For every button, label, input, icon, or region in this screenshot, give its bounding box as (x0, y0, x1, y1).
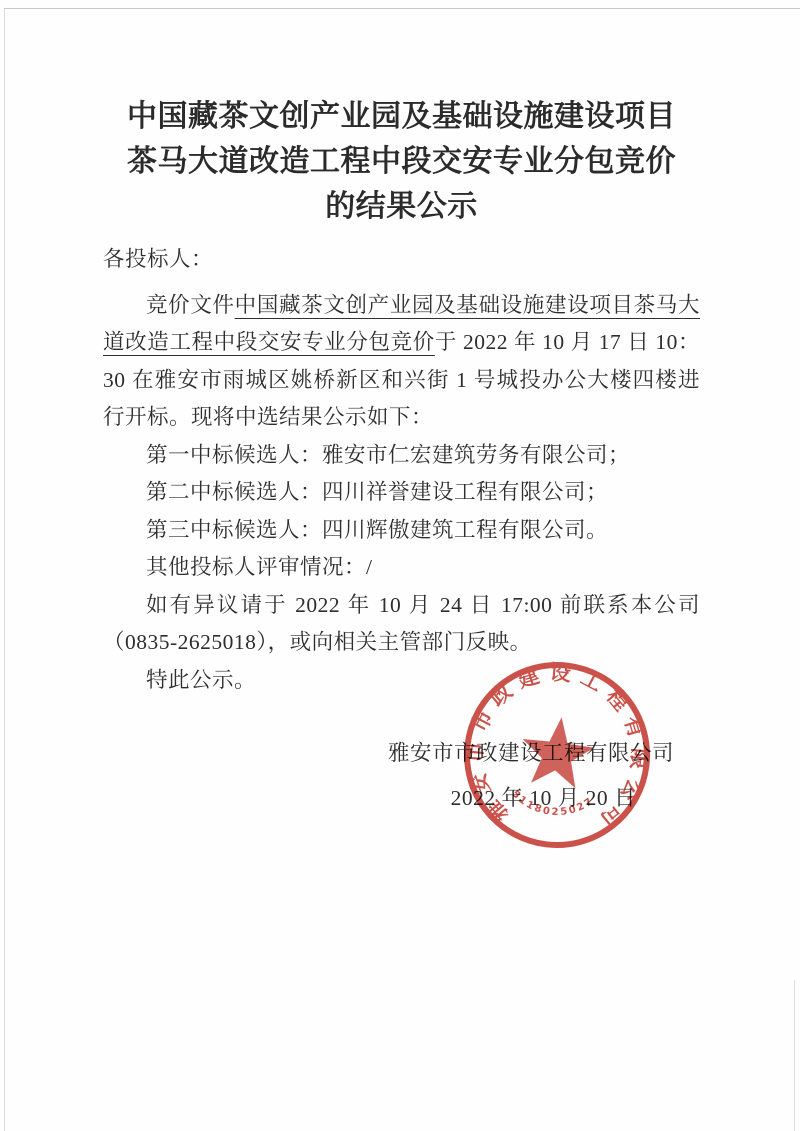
title-line-2: 茶马大道改造工程中段交安专业分包竞价 (103, 139, 700, 184)
signature-company: 雅安市市政建设工程有限公司 (103, 734, 700, 772)
title-line-3: 的结果公示 (103, 184, 700, 229)
opening-prefix: 竞价文件 (146, 293, 235, 317)
signature-block: 雅安市市政建设工程有限公司 2022 年 10 月 20 日 (103, 734, 700, 817)
candidate-third: 第三中标候选人：四川辉傲建筑工程有限公司。 (103, 512, 700, 550)
signature-date: 2022 年 10 月 20 日 (103, 779, 700, 817)
document-content: 中国藏茶文创产业园及基础设施建设项目 茶马大道改造工程中段交安专业分包竞价 的结… (0, 0, 800, 817)
candidate-first: 第一中标候选人：雅安市仁宏建筑劳务有限公司； (103, 437, 700, 475)
opening-paragraph: 竞价文件中国藏茶文创产业园及基础设施建设项目茶马大道改造工程中段交安专业分包竞价… (103, 287, 700, 437)
scanned-document-page: 中国藏茶文创产业园及基础设施建设项目 茶马大道改造工程中段交安专业分包竞价 的结… (0, 0, 800, 1131)
document-title: 中国藏茶文创产业园及基础设施建设项目 茶马大道改造工程中段交安专业分包竞价 的结… (103, 94, 700, 229)
title-line-1: 中国藏茶文创产业园及基础设施建设项目 (103, 94, 700, 139)
scan-artifact-right-edge (794, 980, 795, 1131)
candidate-second: 第二中标候选人：四川祥誉建设工程有限公司； (103, 474, 700, 512)
closing-line: 特此公示。 (103, 662, 700, 700)
salutation: 各投标人： (103, 241, 700, 279)
objection-notice: 如有异议请于 2022 年 10 月 24 日 17:00 前联系本公司（083… (103, 587, 700, 662)
other-bidders-review: 其他投标人评审情况：/ (103, 549, 700, 587)
